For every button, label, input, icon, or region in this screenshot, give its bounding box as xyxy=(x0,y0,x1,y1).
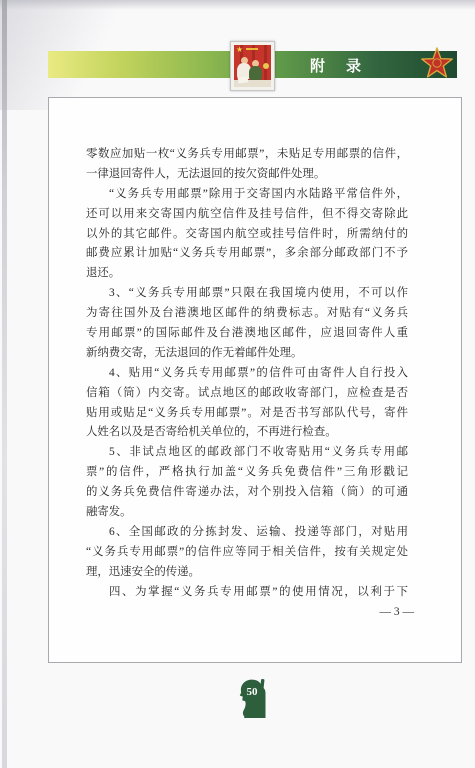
text-line: 理，迅速安全的传递。 xyxy=(86,563,408,583)
text-line: 人姓名以及是否寄给机关单位的，不再进行检查。 xyxy=(86,423,408,443)
text-line: 邮费应累计加贴“义务兵专用邮票”，多余部分邮政部门不予 xyxy=(86,244,408,264)
text-line: 以外的其它邮件。交寄国内航空或挂号信件时，所需纳付的 xyxy=(86,225,408,245)
text-line: 5、非试点地区的邮政部门不收寄贴用“义务兵专用邮 xyxy=(86,443,408,463)
header-band: 附 录 ★ xyxy=(48,51,457,78)
text-line: “义务兵专用邮票”除用于交寄国内水陆路平常信件外， xyxy=(86,185,408,205)
text-line: 新纳费交寄，无法退回的作无着邮件处理。 xyxy=(86,344,408,364)
text-line: 3、“义务兵专用邮票”只限在我国境内使用，不可以作 xyxy=(86,284,408,304)
text-line: “义务兵专用邮票”的信件应等同于相关信件，按有关规定处 xyxy=(86,543,408,563)
document-text: 零数应加贴一枚“义务兵专用邮票”，未贴足专用邮票的信件， 一律退回寄件人，无法退… xyxy=(86,145,408,622)
page-number: 50 xyxy=(243,686,261,698)
stamp-star-icon: ★ xyxy=(236,46,243,54)
document-frame: 零数应加贴一枚“义务兵专用邮票”，未贴足专用邮票的信件， 一律退回寄件人，无法退… xyxy=(48,97,462,663)
scanned-page: { "header": { "title": "附 录" }, "doc": {… xyxy=(0,0,475,768)
figure-head xyxy=(263,63,269,69)
inner-page-marker: — 3 — xyxy=(86,602,414,622)
page-edge-line xyxy=(2,0,7,768)
soldier-silhouette-icon xyxy=(236,678,270,718)
stamp-image: ★ xyxy=(230,41,275,91)
text-line: 零数应加贴一枚“义务兵专用邮票”，未贴足专用邮票的信件， xyxy=(86,145,408,165)
page-number-badge: 50 xyxy=(236,678,270,718)
stamp-caption-mark xyxy=(246,48,258,50)
red-star-icon xyxy=(420,47,454,81)
text-line: 信箱（筒）内交寄。试点地区的邮政收寄部门，应检查是否 xyxy=(86,384,408,404)
text-line: 贴用或贴足“义务兵专用邮票”。对是否书写部队代号，寄件 xyxy=(86,404,408,424)
text-line: 6、全国邮政的分拣封发、运输、投递等部门，对贴用 xyxy=(86,523,408,543)
figure-body xyxy=(249,66,262,80)
text-line: 一律退回寄件人，无法退回的按欠资邮件处理。 xyxy=(86,165,408,185)
text-line: 4、贴用“义务兵专用邮票”的信件可由寄件人自行投入 xyxy=(86,364,408,384)
text-line: 退还。 xyxy=(86,264,408,284)
text-line: 专用邮票”的国际邮件及台港澳地区邮件，应退回寄件人重 xyxy=(86,324,408,344)
text-line: 还可以用来交寄国内航空信件及挂号信件，但不得交寄除此 xyxy=(86,205,408,225)
page-title: 附 录 xyxy=(310,55,364,76)
text-line: 四、为掌握“义务兵专用邮票”的使用情况，以利于下 xyxy=(86,583,408,603)
text-line: 融寄发。 xyxy=(86,503,408,523)
text-line: 的义务兵免费信件寄递办法，对个别投入信箱（筒）的可通 xyxy=(86,483,408,503)
text-line: 为寄往国外及台港澳地区邮件的纳费标志。对贴有“义务兵 xyxy=(86,304,408,324)
stamp-artwork: ★ xyxy=(234,45,271,87)
text-line: 票”的信件，严格执行加盖“义务兵免费信件”三角形戳记 xyxy=(86,463,408,483)
